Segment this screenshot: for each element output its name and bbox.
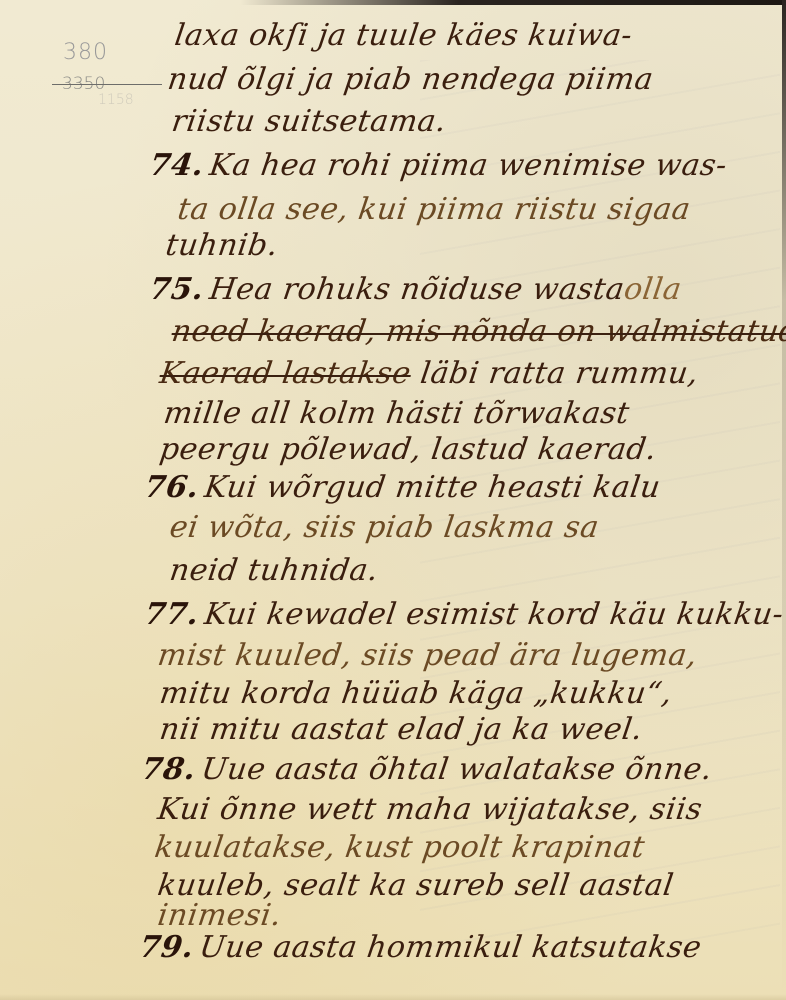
page-number-current: 380: [63, 40, 108, 65]
text-line: tuhnib.: [164, 228, 281, 263]
manuscript-page: 380 3350 1158 laxa okſi ja tuule käes ku…: [0, 0, 786, 1000]
text-line: laxa okſi ja tuule käes kuiwa-: [173, 18, 635, 53]
text-line: ta olla see, kui piima riistu sigaa: [176, 192, 693, 227]
text-line: mitu korda hüüab käga „kukku“,: [158, 676, 675, 711]
text-line: peergu põlewad, lastud kaerad.: [158, 432, 659, 467]
text-line: ei wõta, siis piab laskma sa: [168, 510, 602, 545]
text-line: inimesi.: [156, 898, 284, 933]
struck-text-line: need kaerad, mis nõnda on walmistatud.: [170, 314, 786, 349]
text-line: mille all kolm hästi tõrwakast: [162, 396, 632, 431]
page-right-edge: [782, 0, 786, 1000]
strike-line: [52, 84, 162, 85]
text-line: Kui õnne wett maha wijatakse, siis: [156, 792, 705, 827]
entry-77: 77.Kui kewadel esimist kord käu kukku-: [143, 597, 786, 632]
page-bottom-edge: [0, 994, 786, 1000]
text-line: nud õlgi ja piab nendega piima: [166, 62, 656, 97]
text-line: Kaerad lastakse läbi ratta rummu,: [158, 356, 701, 391]
text-line: mist kuuled, siis pead ära lugema,: [156, 638, 700, 673]
text-line: nii mitu aastat elad ja ka weel.: [158, 712, 645, 747]
page-top-edge: [240, 0, 786, 5]
page-number-ghost-stamp: 1158: [98, 92, 134, 108]
entry-78: 78.Uue aasta õhtal walatakse õnne.: [140, 752, 715, 787]
text-line: kuulatakse, kust poolt krapinat: [153, 830, 648, 865]
entry-75: 75.Hea rohuks nõiduse wastaolla: [148, 272, 684, 307]
text-line: neid tuhnida.: [168, 553, 381, 588]
page-number-previous: 3350: [62, 74, 105, 94]
entry-74: 74.Ka hea rohi piima wenimise was-: [148, 148, 730, 183]
entry-76: 76.Kui wõrgud mitte heasti kalu: [143, 470, 663, 505]
entry-79: 79.Uue aasta hommikul katsutakse: [138, 930, 704, 965]
text-line: riistu suitsetama.: [170, 104, 449, 139]
